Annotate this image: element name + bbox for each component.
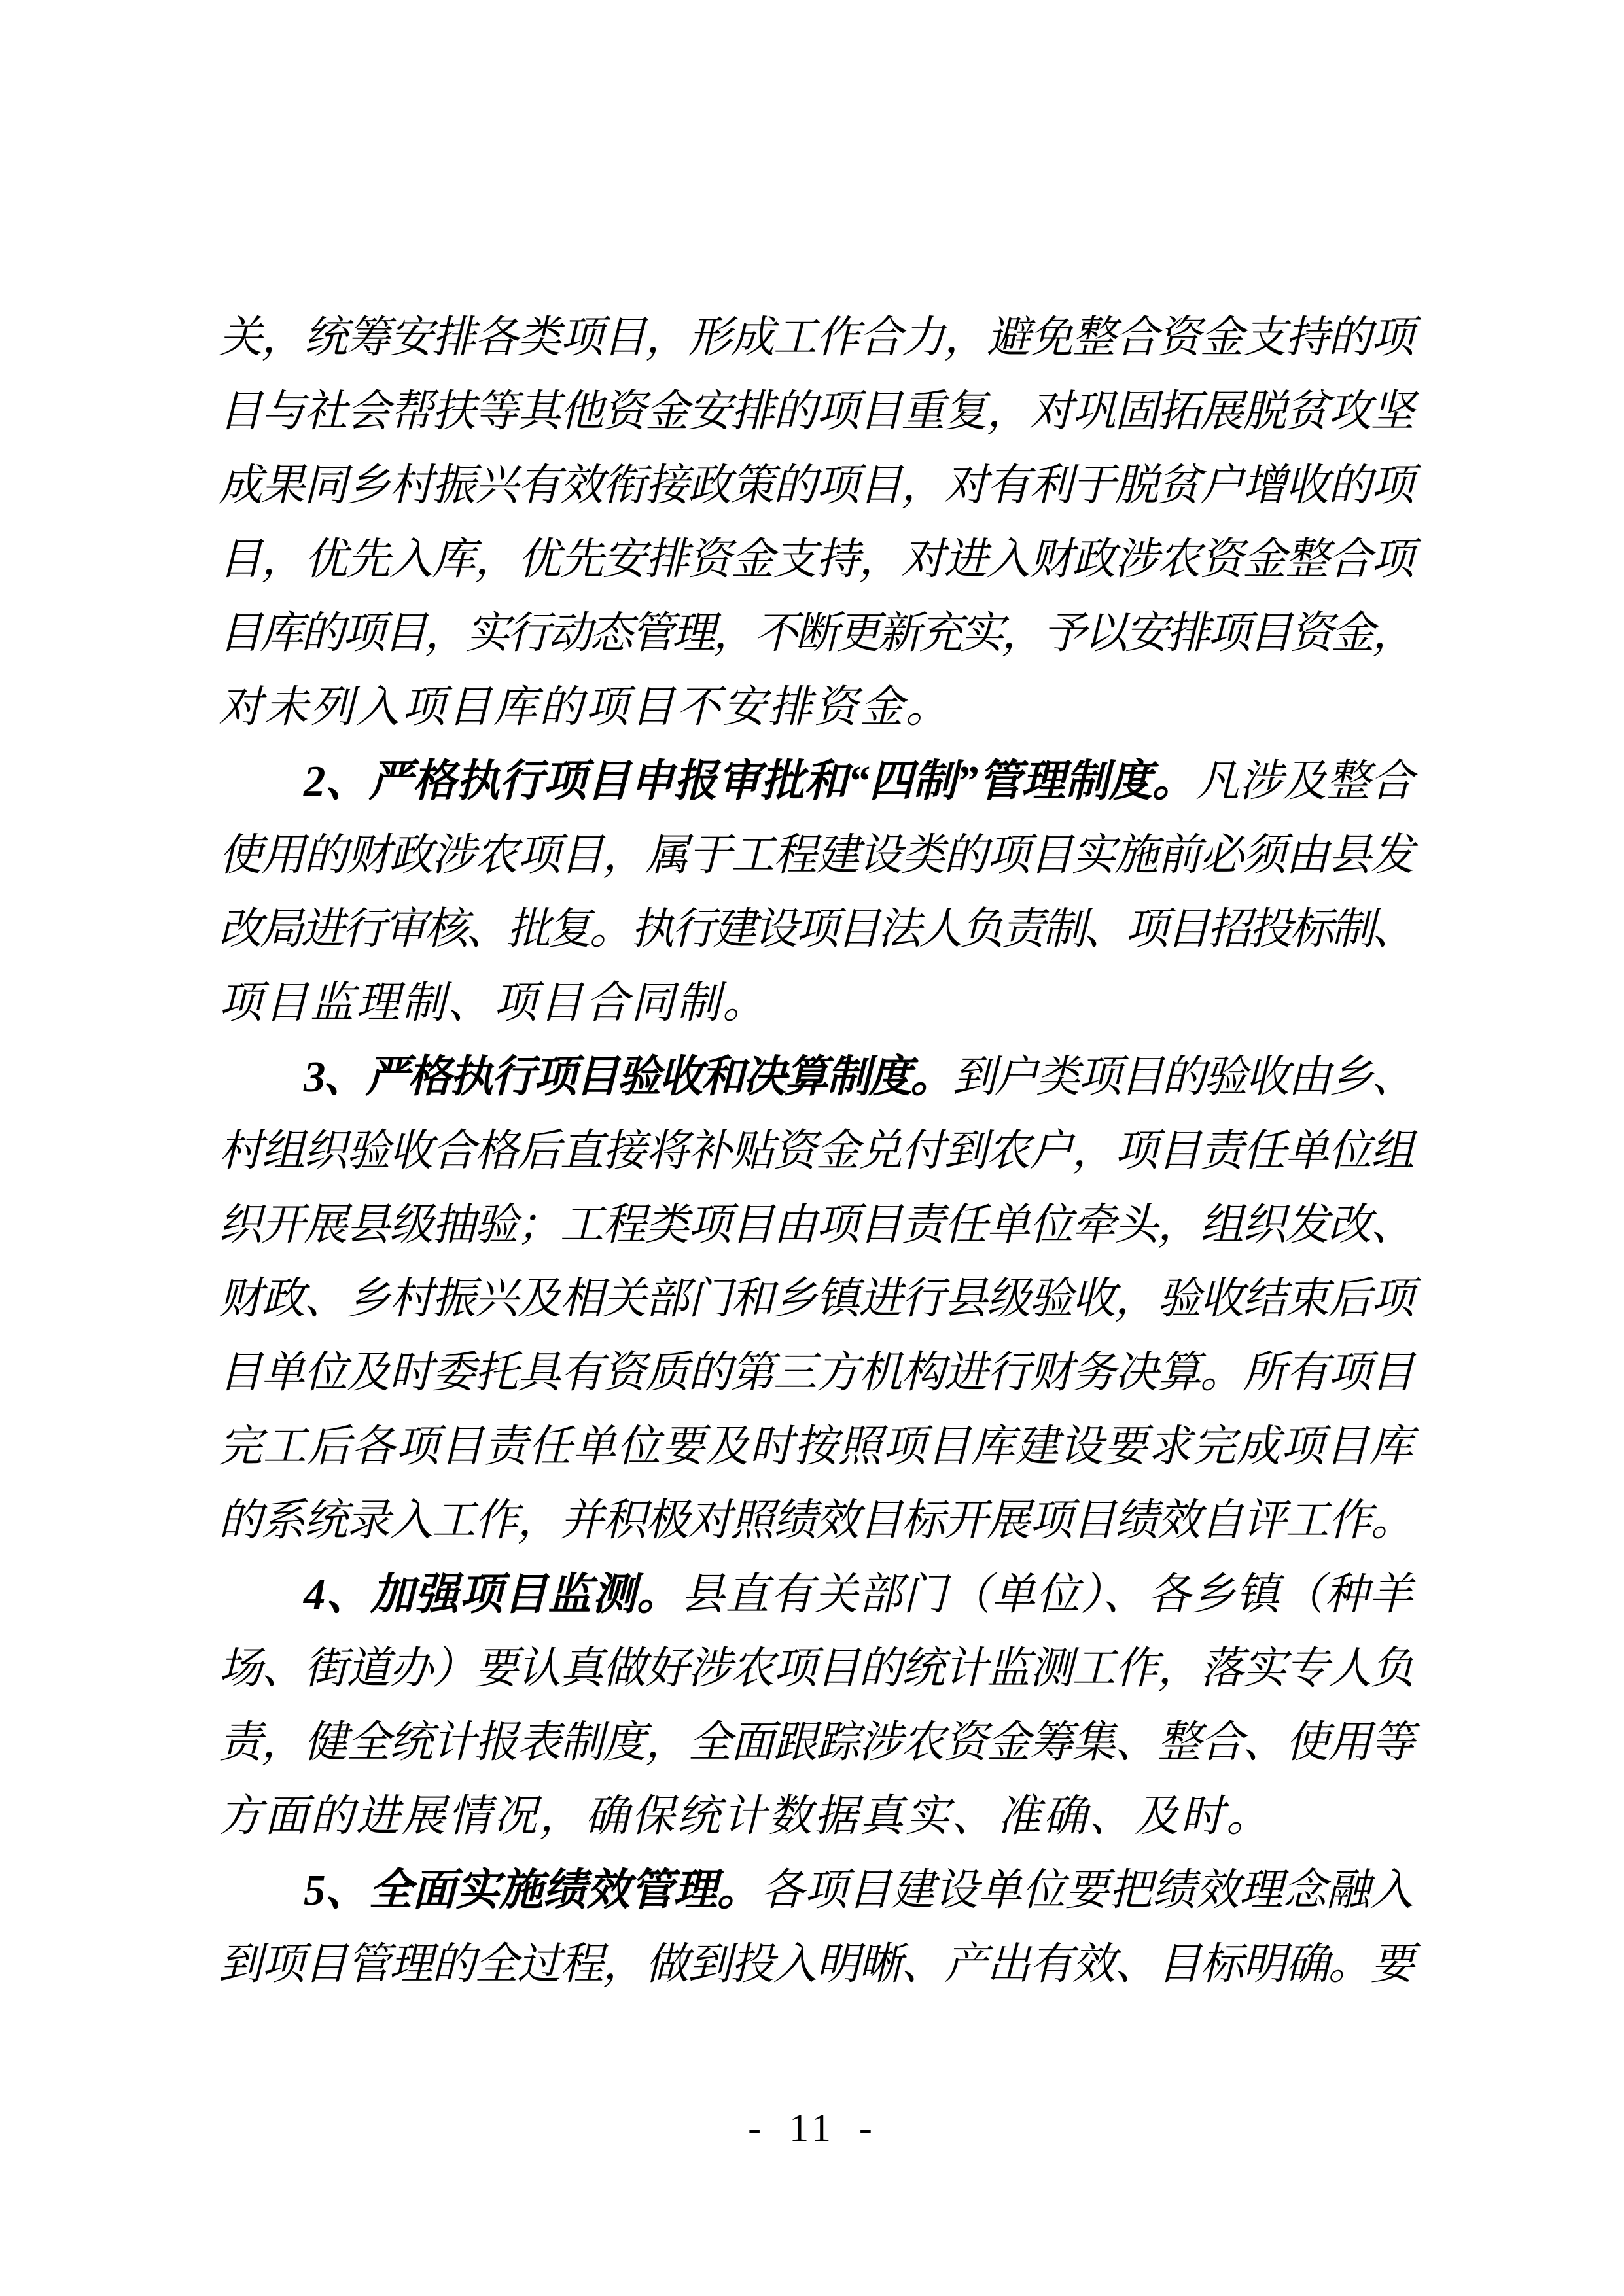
regular-run: 到户类项目的验收由乡、 [952,1053,1413,1101]
text-line: 对未列入项目库的项目不安排资金。 [219,671,1413,745]
text-line: 责，健全统计报表制度，全面跟踪涉农资金筹集、整合、使用等 [219,1706,1413,1780]
line-runs: 对未列入项目库的项目不安排资金。 [219,683,951,732]
text-line: 完工后各项目责任单位要及时按照项目库建设要求完成项目库 [219,1410,1413,1484]
text-line: 场、街道办）要认真做好涉农项目的统计监测工作，落实专人负 [219,1632,1413,1706]
bold-lead-run: 2、严格执行项目申报审批和“四制”管理制度。 [304,757,1195,805]
regular-run: 到项目管理的全过程，做到投入明晰、产出有效、目标明确。要 [219,1940,1413,1988]
text-line: 织开展县级抽验；工程类项目由项目责任单位牵头，组织发改、 [219,1188,1413,1262]
text-line: 目库的项目，实行动态管理，不断更新充实，予以安排项目资金， [219,597,1413,671]
regular-run: 项目监理制、项目合同制。 [219,979,768,1027]
text-line: 目单位及时委托具有资质的第三方机构进行财务决算。所有项目 [219,1336,1413,1410]
line-runs: 4、加强项目监测。县直有关部门（单位）、各乡镇（种羊 [304,1570,1413,1619]
regular-run: 织开展县级抽验；工程类项目由项目责任单位牵头，组织发改、 [219,1201,1413,1249]
bold-lead-run: 5、全面实施绩效管理。 [304,1866,760,1915]
text-line: 5、全面实施绩效管理。各项目建设单位要把绩效理念融入 [219,1854,1413,1928]
regular-run: 目单位及时委托具有资质的第三方机构进行财务决算。所有项目 [219,1349,1413,1397]
line-runs: 项目监理制、项目合同制。 [219,979,768,1027]
text-line: 目，优先入库，优先安排资金支持，对进入财政涉农资金整合项 [219,523,1413,597]
body-text: 关，统筹安排各类项目，形成工作合力，避免整合资金支持的项目与社会帮扶等其他资金安… [219,301,1413,2002]
regular-run: 改局进行审核、批复。执行建设项目法人负责制、项目招投标制、 [219,905,1413,953]
line-runs: 成果同乡村振兴有效衔接政策的项目，对有利于脱贫户增收的项 [219,461,1413,510]
text-line: 项目监理制、项目合同制。 [219,966,1413,1040]
line-runs: 方面的进展情况，确保统计数据真实、准确、及时。 [219,1792,1272,1841]
line-runs: 的系统录入工作，并积极对照绩效目标开展项目绩效自评工作。 [219,1496,1413,1545]
bold-lead-run: 3、严格执行项目验收和决算制度。 [304,1053,952,1101]
line-runs: 目单位及时委托具有资质的第三方机构进行财务决算。所有项目 [219,1349,1413,1397]
text-line: 的系统录入工作，并积极对照绩效目标开展项目绩效自评工作。 [219,1484,1413,1558]
text-line: 到项目管理的全过程，做到投入明晰、产出有效、目标明确。要 [219,1928,1413,2002]
line-runs: 场、街道办）要认真做好涉农项目的统计监测工作，落实专人负 [219,1644,1413,1693]
text-line: 成果同乡村振兴有效衔接政策的项目，对有利于脱贫户增收的项 [219,449,1413,523]
line-runs: 2、严格执行项目申报审批和“四制”管理制度。凡涉及整合 [304,757,1413,805]
line-runs: 5、全面实施绩效管理。各项目建设单位要把绩效理念融入 [304,1866,1413,1915]
regular-run: 对未列入项目库的项目不安排资金。 [219,683,951,732]
regular-run: 的系统录入工作，并积极对照绩效目标开展项目绩效自评工作。 [219,1496,1413,1545]
text-line: 关，统筹安排各类项目，形成工作合力，避免整合资金支持的项 [219,301,1413,375]
line-runs: 财政、乡村振兴及相关部门和乡镇进行县级验收，验收结束后项 [219,1275,1413,1323]
regular-run: 凡涉及整合 [1195,757,1413,805]
document-page: 关，统筹安排各类项目，形成工作合力，避免整合资金支持的项目与社会帮扶等其他资金安… [0,0,1624,2296]
line-runs: 到项目管理的全过程，做到投入明晰、产出有效、目标明确。要 [219,1940,1413,1988]
regular-run: 关，统筹安排各类项目，形成工作合力，避免整合资金支持的项 [219,313,1413,362]
regular-run: 目，优先入库，优先安排资金支持，对进入财政涉农资金整合项 [219,535,1413,584]
line-runs: 完工后各项目责任单位要及时按照项目库建设要求完成项目库 [219,1422,1413,1471]
line-runs: 目，优先入库，优先安排资金支持，对进入财政涉农资金整合项 [219,535,1413,584]
regular-run: 目与社会帮扶等其他资金安排的项目重复，对巩固拓展脱贫攻坚 [219,387,1413,436]
regular-run: 使用的财政涉农项目，属于工程建设类的项目实施前必须由县发 [219,831,1413,879]
text-line: 村组织验收合格后直接将补贴资金兑付到农户，项目责任单位组 [219,1114,1413,1188]
line-runs: 关，统筹安排各类项目，形成工作合力，避免整合资金支持的项 [219,313,1413,362]
regular-run: 县直有关部门（单位）、各乡镇（种羊 [681,1570,1413,1619]
line-runs: 3、严格执行项目验收和决算制度。到户类项目的验收由乡、 [304,1053,1413,1101]
text-line: 2、严格执行项目申报审批和“四制”管理制度。凡涉及整合 [219,745,1413,819]
line-runs: 改局进行审核、批复。执行建设项目法人负责制、项目招投标制、 [219,905,1413,953]
regular-run: 村组织验收合格后直接将补贴资金兑付到农户，项目责任单位组 [219,1127,1413,1175]
regular-run: 方面的进展情况，确保统计数据真实、准确、及时。 [219,1792,1272,1841]
text-line: 3、严格执行项目验收和决算制度。到户类项目的验收由乡、 [219,1040,1413,1114]
regular-run: 目库的项目，实行动态管理，不断更新充实，予以安排项目资金， [219,609,1413,658]
bold-lead-run: 4、加强项目监测。 [304,1570,681,1619]
text-line: 方面的进展情况，确保统计数据真实、准确、及时。 [219,1780,1413,1854]
line-runs: 织开展县级抽验；工程类项目由项目责任单位牵头，组织发改、 [219,1201,1413,1249]
text-line: 4、加强项目监测。县直有关部门（单位）、各乡镇（种羊 [219,1558,1413,1632]
line-runs: 村组织验收合格后直接将补贴资金兑付到农户，项目责任单位组 [219,1127,1413,1175]
text-line: 财政、乡村振兴及相关部门和乡镇进行县级验收，验收结束后项 [219,1262,1413,1336]
text-line: 使用的财政涉农项目，属于工程建设类的项目实施前必须由县发 [219,819,1413,892]
line-runs: 目库的项目，实行动态管理，不断更新充实，予以安排项目资金， [219,609,1413,658]
text-line: 目与社会帮扶等其他资金安排的项目重复，对巩固拓展脱贫攻坚 [219,375,1413,449]
regular-run: 各项目建设单位要把绩效理念融入 [760,1866,1413,1915]
regular-run: 完工后各项目责任单位要及时按照项目库建设要求完成项目库 [219,1422,1413,1471]
line-runs: 使用的财政涉农项目，属于工程建设类的项目实施前必须由县发 [219,831,1413,879]
regular-run: 责，健全统计报表制度，全面跟踪涉农资金筹集、整合、使用等 [219,1718,1413,1767]
regular-run: 财政、乡村振兴及相关部门和乡镇进行县级验收，验收结束后项 [219,1275,1413,1323]
regular-run: 成果同乡村振兴有效衔接政策的项目，对有利于脱贫户增收的项 [219,461,1413,510]
page-number: - 11 - [0,2106,1624,2151]
text-line: 改局进行审核、批复。执行建设项目法人负责制、项目招投标制、 [219,892,1413,966]
line-runs: 目与社会帮扶等其他资金安排的项目重复，对巩固拓展脱贫攻坚 [219,387,1413,436]
line-runs: 责，健全统计报表制度，全面跟踪涉农资金筹集、整合、使用等 [219,1718,1413,1767]
regular-run: 场、街道办）要认真做好涉农项目的统计监测工作，落实专人负 [219,1644,1413,1693]
